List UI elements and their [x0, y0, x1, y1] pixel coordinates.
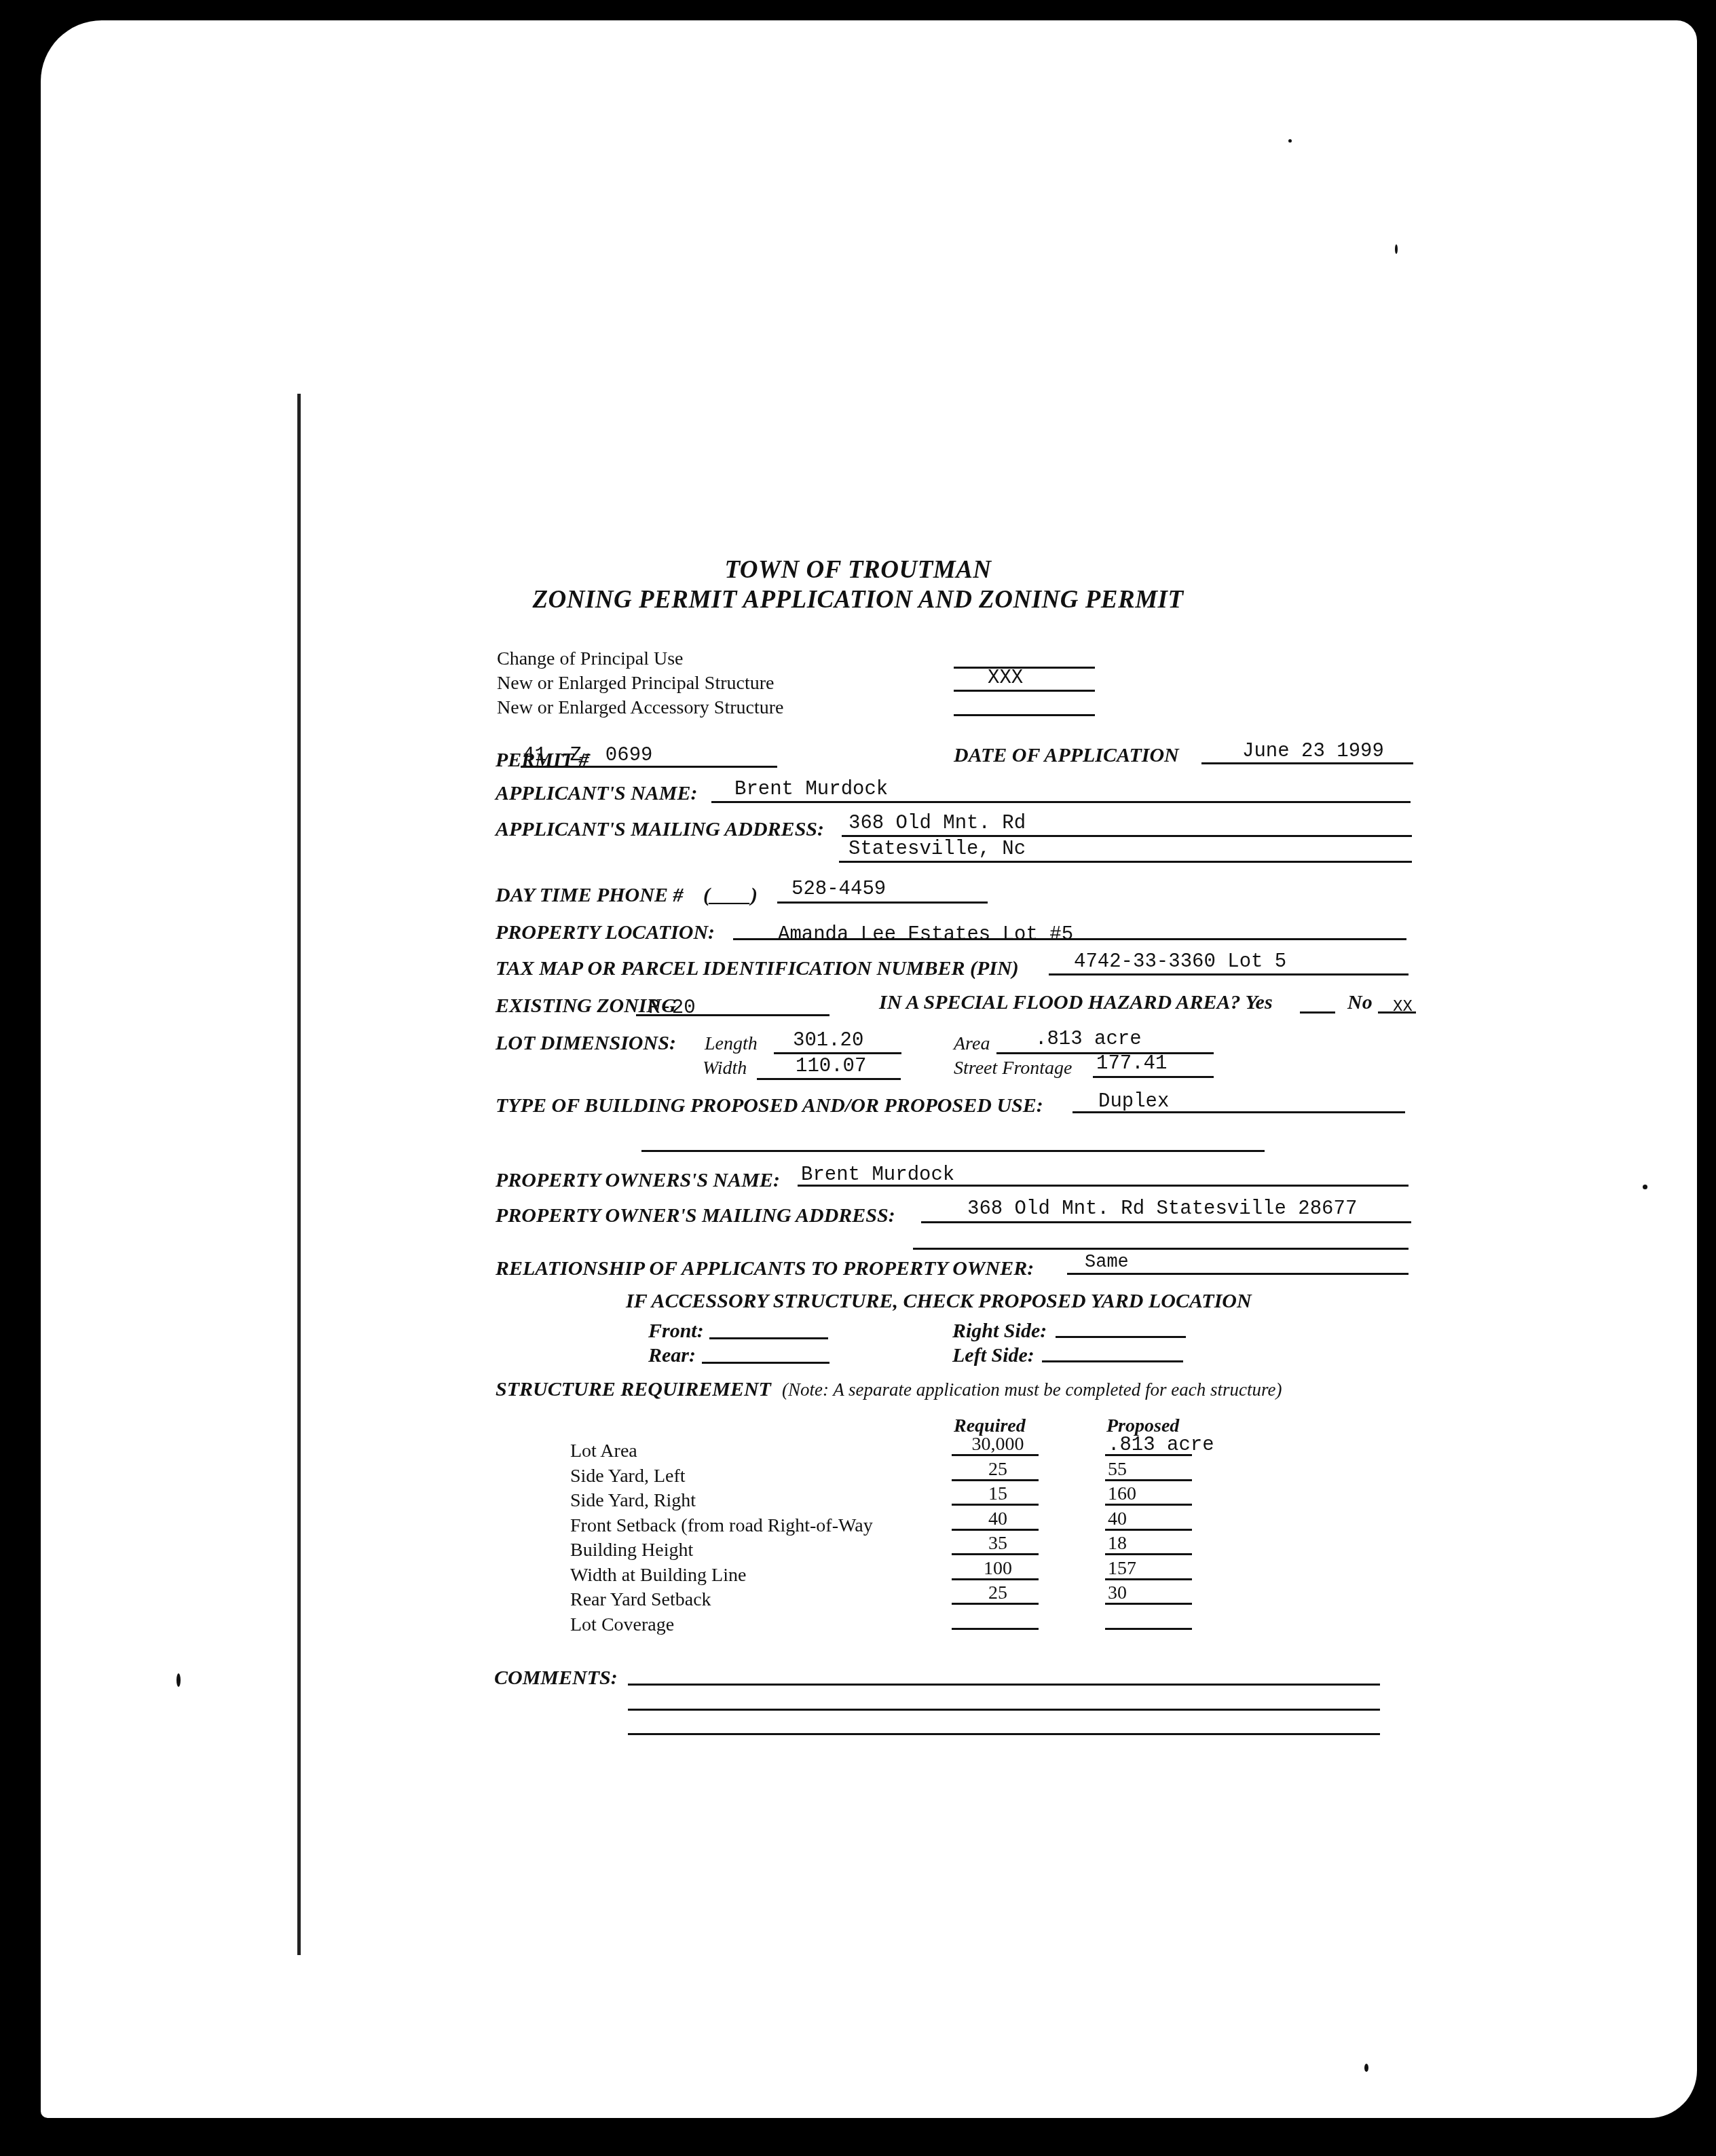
comments-field-3[interactable] [628, 1733, 1380, 1735]
street-frontage-label: Street Frontage [954, 1058, 1072, 1079]
structure-required-field[interactable] [952, 1553, 1039, 1555]
relationship-value: Same [1085, 1252, 1129, 1273]
permit-type-label: New or Enlarged Principal Structure [497, 673, 774, 694]
date-of-application-label: DATE OF APPLICATION [954, 744, 1179, 767]
structure-required-field[interactable] [952, 1504, 1039, 1506]
accessory-heading: IF ACCESSORY STRUCTURE, CHECK PROPOSED Y… [626, 1290, 1252, 1313]
form-title: ZONING PERMIT APPLICATION AND ZONING PER… [0, 585, 1716, 614]
scanned-page [41, 20, 1697, 2118]
phone-field[interactable] [777, 902, 988, 904]
date-of-application-value: June 23 1999 [1242, 740, 1384, 762]
pin-label: TAX MAP OR PARCEL IDENTIFICATION NUMBER … [496, 957, 1019, 980]
phone-value: 528-4459 [791, 878, 886, 900]
phone-label: DAY TIME PHONE # [496, 884, 683, 907]
relationship-label: RELATIONSHIP OF APPLICANTS TO PROPERTY O… [496, 1257, 1034, 1280]
scan-speck [1364, 2064, 1368, 2072]
applicant-name-value: Brent Murdock [734, 778, 888, 800]
lot-width-field[interactable] [757, 1078, 901, 1080]
applicant-address-label: APPLICANT'S MAILING ADDRESS: [496, 818, 824, 841]
structure-proposed-field[interactable] [1105, 1628, 1192, 1630]
applicant-address-line2: Statesville, Nc [848, 838, 1026, 860]
property-location-field[interactable] [733, 938, 1406, 940]
structure-row-label: Front Setback (from road Right-of-Way [570, 1515, 873, 1537]
accessory-right-field[interactable] [1056, 1336, 1186, 1338]
existing-zoning-field[interactable] [636, 1014, 829, 1016]
applicant-name-field[interactable] [711, 801, 1411, 803]
structure-note: (Note: A separate application must be co… [782, 1379, 1282, 1400]
structure-proposed-field[interactable] [1105, 1529, 1192, 1531]
accessory-front-label: Front: [648, 1320, 704, 1343]
owner-name-value: Brent Murdock [801, 1164, 954, 1186]
scan-speck [1643, 1185, 1647, 1189]
structure-proposed-value: 157 [1108, 1558, 1136, 1580]
structure-proposed-field[interactable] [1105, 1578, 1192, 1580]
lot-width-label: Width [703, 1058, 747, 1079]
comments-label: COMMENTS: [494, 1667, 618, 1690]
structure-row-label: Width at Building Line [570, 1565, 746, 1586]
structure-row-label: Lot Area [570, 1441, 637, 1462]
structure-required-value: 100 [957, 1558, 1039, 1580]
permit-type-label: Change of Principal Use [497, 648, 684, 670]
lot-length-field[interactable] [774, 1052, 901, 1054]
structure-proposed-field[interactable] [1105, 1504, 1192, 1506]
scan-artifact-line [297, 394, 301, 1955]
applicant-address-field-1[interactable] [842, 835, 1412, 837]
accessory-right-label: Right Side: [952, 1320, 1047, 1343]
structure-row-label: Rear Yard Setback [570, 1589, 711, 1611]
owner-name-label: PROPERTY OWNERS'S NAME: [496, 1169, 780, 1192]
structure-proposed-field[interactable] [1105, 1603, 1192, 1605]
lot-length-label: Length [705, 1033, 758, 1055]
structure-proposed-value: 40 [1108, 1508, 1127, 1530]
owner-address-label: PROPERTY OWNER'S MAILING ADDRESS: [496, 1204, 895, 1227]
applicant-name-label: APPLICANT'S NAME: [496, 782, 698, 805]
structure-required-field[interactable] [952, 1628, 1039, 1630]
flood-hazard-label: IN A SPECIAL FLOOD HAZARD AREA? Yes [879, 991, 1273, 1014]
owner-name-field[interactable] [798, 1185, 1409, 1187]
permit-number-value: 41 -Z- 0699 [523, 744, 652, 766]
flood-yes-field[interactable] [1300, 1011, 1335, 1014]
structure-heading: STRUCTURE REQUIREMENT [496, 1378, 771, 1400]
owner-address-field[interactable] [921, 1221, 1411, 1223]
scan-speck [1395, 244, 1398, 254]
owner-address-field-2[interactable] [913, 1248, 1409, 1250]
permit-type-field[interactable] [954, 667, 1095, 669]
pin-value: 4742-33-3360 Lot 5 [1074, 950, 1286, 973]
structure-row-label: Building Height [570, 1540, 693, 1561]
permit-type-value: XXX [988, 667, 1023, 689]
structure-required-value: 40 [957, 1508, 1039, 1530]
building-type-value: Duplex [1098, 1090, 1169, 1113]
lot-dimensions-label: LOT DIMENSIONS: [496, 1032, 676, 1055]
structure-required-field[interactable] [952, 1529, 1039, 1531]
structure-required-value: 35 [957, 1533, 1039, 1555]
property-location-label: PROPERTY LOCATION: [496, 921, 715, 944]
scan-speck [176, 1673, 181, 1687]
permit-type-field[interactable] [954, 690, 1095, 692]
date-of-application-field[interactable] [1201, 762, 1413, 764]
structure-proposed-field[interactable] [1105, 1454, 1192, 1456]
comments-field-1[interactable] [628, 1684, 1380, 1686]
structure-required-field[interactable] [952, 1454, 1039, 1456]
relationship-field[interactable] [1067, 1273, 1409, 1275]
structure-required-value: 15 [957, 1483, 1039, 1505]
town-title: TOWN OF TROUTMAN [0, 555, 1716, 584]
accessory-left-label: Left Side: [952, 1344, 1034, 1367]
accessory-rear-field[interactable] [702, 1362, 829, 1364]
applicant-address-line1: 368 Old Mnt. Rd [848, 812, 1026, 834]
accessory-rear-label: Rear: [648, 1344, 696, 1367]
structure-required-field[interactable] [952, 1479, 1039, 1481]
lot-width-value: 110.07 [796, 1055, 866, 1077]
pin-field[interactable] [1049, 973, 1409, 975]
building-type-label: TYPE OF BUILDING PROPOSED AND/OR PROPOSE… [496, 1094, 1043, 1117]
lot-area-label: Area [954, 1033, 990, 1055]
street-frontage-value: 177.41 [1096, 1052, 1167, 1075]
building-type-field-2[interactable] [641, 1150, 1265, 1152]
structure-proposed-value: 30 [1108, 1582, 1127, 1604]
structure-proposed-value: 18 [1108, 1533, 1127, 1555]
comments-field-2[interactable] [628, 1709, 1380, 1711]
property-location-value: Amanda Lee Estates Lot #5 [778, 923, 1073, 946]
structure-required-value: 30,000 [957, 1434, 1039, 1455]
flood-no-label: No [1347, 991, 1373, 1014]
accessory-left-field[interactable] [1042, 1360, 1183, 1362]
phone-area-code[interactable]: (____) [703, 884, 758, 907]
lot-length-value: 301.20 [793, 1029, 863, 1052]
owner-address-value: 368 Old Mnt. Rd Statesville 28677 [967, 1197, 1357, 1220]
applicant-address-field-2[interactable] [839, 861, 1412, 863]
structure-proposed-field[interactable] [1105, 1553, 1192, 1555]
permit-number-field[interactable] [521, 766, 777, 768]
structure-required-value: 25 [957, 1582, 1039, 1604]
street-frontage-field[interactable] [1093, 1076, 1214, 1078]
structure-proposed-value: 55 [1108, 1459, 1127, 1481]
permit-type-label: New or Enlarged Accessory Structure [497, 697, 783, 719]
structure-proposed-field[interactable] [1105, 1479, 1192, 1481]
permit-type-field[interactable] [954, 714, 1095, 716]
lot-area-value: .813 acre [1035, 1028, 1142, 1050]
structure-proposed-value: 160 [1108, 1483, 1136, 1505]
structure-required-value: 25 [957, 1459, 1039, 1481]
structure-row-label: Lot Coverage [570, 1614, 674, 1636]
scan-speck [1288, 139, 1292, 143]
accessory-front-field[interactable] [709, 1337, 828, 1339]
structure-proposed-value: .813 acre [1108, 1434, 1214, 1456]
structure-required-field[interactable] [952, 1578, 1039, 1580]
structure-required-field[interactable] [952, 1603, 1039, 1605]
structure-row-label: Side Yard, Right [570, 1490, 696, 1512]
structure-row-label: Side Yard, Left [570, 1466, 686, 1487]
building-type-field[interactable] [1072, 1111, 1405, 1113]
flood-no-field[interactable] [1378, 1011, 1416, 1014]
structure-heading-row: STRUCTURE REQUIREMENT (Note: A separate … [496, 1378, 1282, 1401]
